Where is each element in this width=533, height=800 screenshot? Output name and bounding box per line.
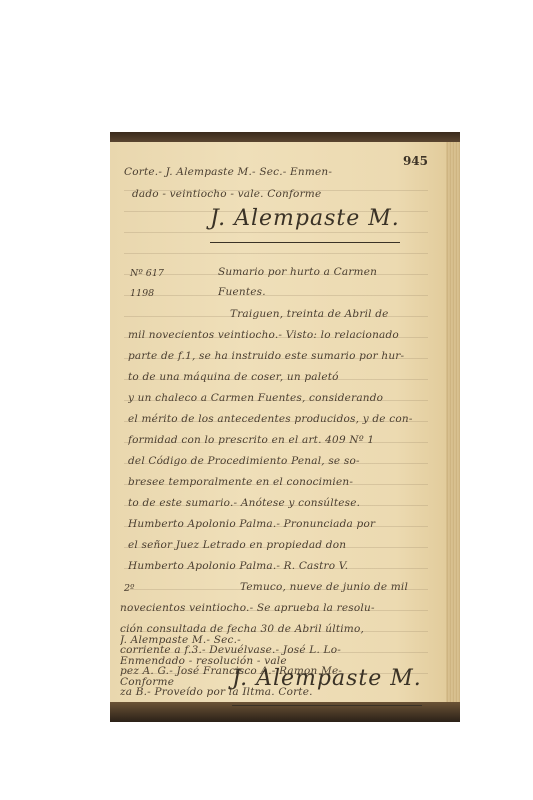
body-line: Traiguen, treinta de Abril de xyxy=(230,308,426,320)
closing-line-2: Conforme xyxy=(120,676,240,688)
second-line: Temuco, nueve de junio de mil xyxy=(240,581,426,593)
body-line: to de este sumario.- Anótese y consúltes… xyxy=(128,497,426,509)
entry-reference: 1198 xyxy=(130,288,154,299)
entry-number: Nº 617 xyxy=(130,268,164,279)
entry-title-2: Fuentes. xyxy=(218,286,426,298)
body-line: el mérito de los antecedentes producidos… xyxy=(128,413,426,425)
binding-top-shadow xyxy=(110,132,460,142)
body-line: formidad con lo prescrito en el art. 409… xyxy=(128,434,426,446)
body-line: parte de f.1, se ha instruido este sumar… xyxy=(128,350,426,362)
top-signature: J. Alempaste M. xyxy=(210,206,400,231)
top-line-2: dado - veintiocho - vale. Conforme xyxy=(132,188,426,200)
body-line: bresee temporalmente en el conocimien- xyxy=(128,476,426,488)
body-line: y un chaleco a Carmen Fuentes, considera… xyxy=(128,392,426,404)
second-line: J. Alempaste M.- Sec.- xyxy=(120,634,440,646)
second-line: novecientos veintiocho.- Se aprueba la r… xyxy=(120,602,426,614)
body-line: el señor Juez Letrado en propiedad don xyxy=(128,539,426,551)
second-entry-marker: 2º xyxy=(124,583,135,594)
body-line: del Código de Procedimiento Penal, se so… xyxy=(128,455,426,467)
bottom-signature-underline xyxy=(232,705,422,706)
bottom-signature: J. Alempaste M. xyxy=(232,666,422,691)
body-line: Humberto Apolonio Palma.- Pronunciada po… xyxy=(128,518,426,530)
ledger-page: 945 Corte.- J. Alempaste M.- Sec.- Enmen… xyxy=(110,142,446,704)
entry-title-1: Sumario por hurto a Carmen xyxy=(218,266,426,278)
page-edge-stack xyxy=(446,142,460,704)
top-line-1: Corte.- J. Alempaste M.- Sec.- Enmen- xyxy=(124,166,426,178)
body-line: Humberto Apolonio Palma.- R. Castro V. xyxy=(128,560,426,572)
body-line: mil novecientos veintiocho.- Visto: lo r… xyxy=(128,329,426,341)
body-line: to de una máquina de coser, un paletó xyxy=(128,371,426,383)
top-signature-underline xyxy=(210,242,400,243)
